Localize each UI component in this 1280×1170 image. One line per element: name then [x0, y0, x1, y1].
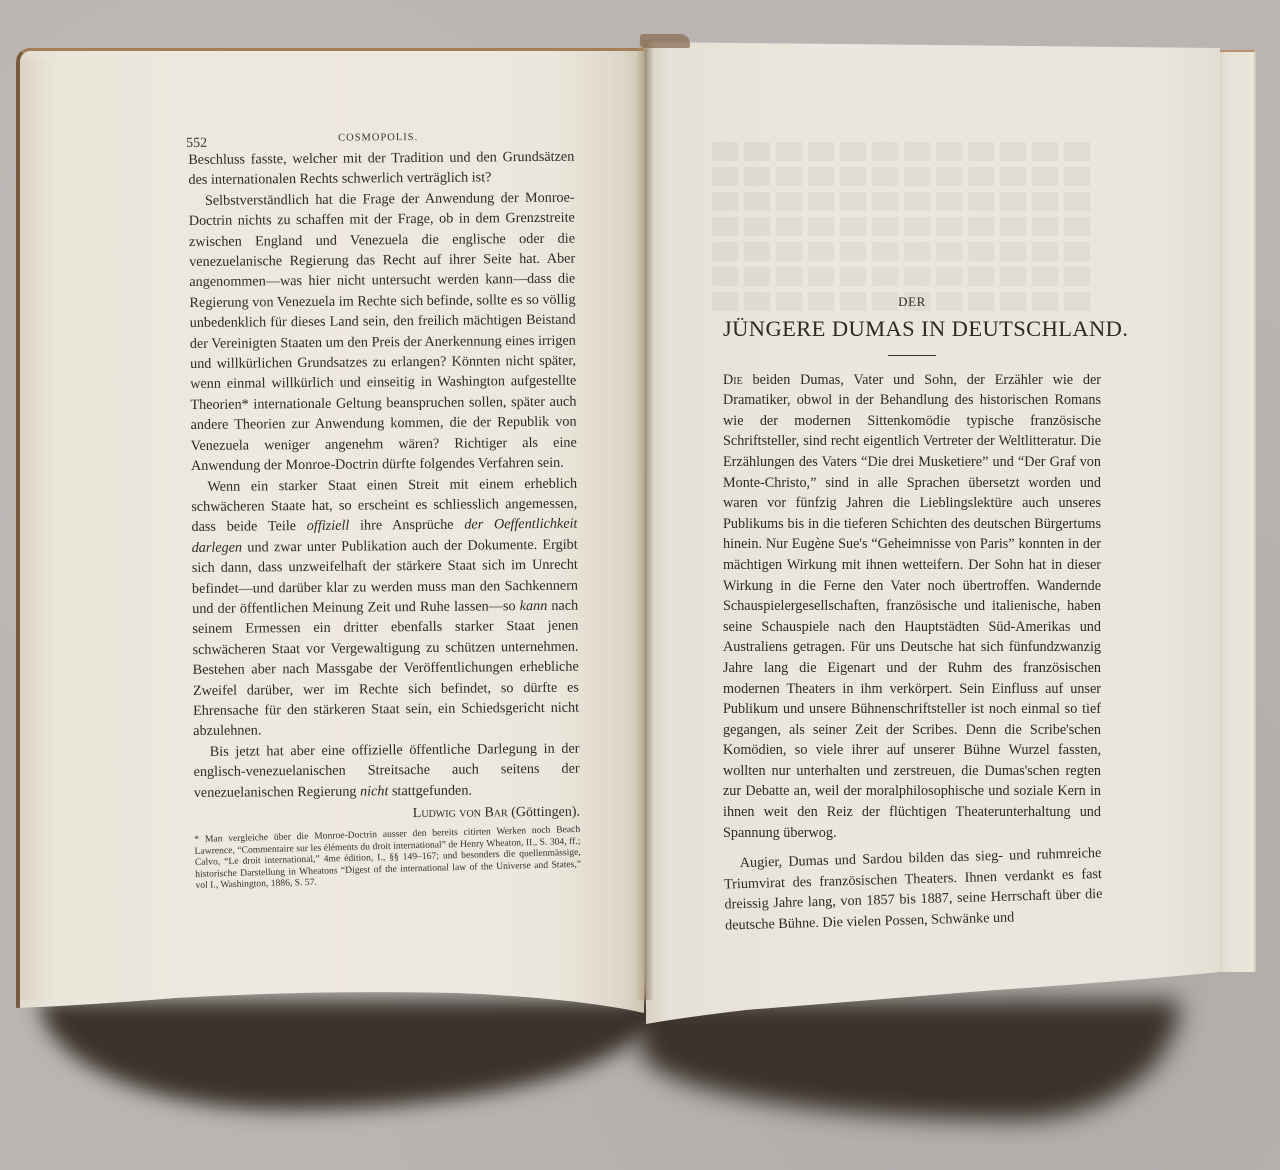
running-title: COSMOPOLIS. — [338, 128, 418, 149]
italic-run: nicht — [360, 783, 389, 799]
text-run: ihre Ansprüche — [349, 517, 464, 534]
title-rule — [888, 355, 936, 356]
running-head: 552 COSMOPOLIS. — [188, 125, 574, 150]
paragraph: Selbstverständlich hat die Frage der Anw… — [189, 187, 577, 476]
footnote: * Man vergleiche über die Monroe-Doctrin… — [194, 824, 581, 892]
book-gutter — [636, 40, 654, 1000]
paragraph: Die beiden Dumas, Vater und Sohn, der Er… — [723, 370, 1101, 844]
article-title-prefix: DER — [723, 292, 1101, 313]
text-run: stattgefunden. — [388, 782, 472, 799]
text-run: beiden Dumas, Vater und Sohn, der Erzähl… — [723, 372, 1101, 841]
paragraph: Wenn ein starker Staat einen Streit mit … — [191, 473, 579, 742]
underlying-pages-edge — [1214, 50, 1256, 972]
paragraph: Bis jetzt hat aber eine offizielle öffen… — [193, 738, 580, 803]
article-title: JÜNGERE DUMAS IN DEUTSCHLAND. — [723, 315, 1101, 343]
left-page-text: 552 COSMOPOLIS. Beschluss fasste, welche… — [188, 125, 581, 893]
paragraph: Beschluss fasste, welcher mit der Tradit… — [188, 147, 574, 191]
author-name: Ludwig von Bar — [413, 805, 508, 821]
paragraph: Augier, Dumas und Sardou bilden das sieg… — [723, 843, 1103, 936]
spine-tear — [640, 34, 690, 48]
author-place: (Göttingen). — [511, 805, 580, 821]
italic-run: offiziell — [307, 518, 350, 534]
text-run: nach seinem Ermessen ein dritter ebenfal… — [192, 598, 579, 740]
author-signature: Ludwig von Bar (Göttingen). — [194, 803, 580, 827]
right-page-text: DER JÜNGERE DUMAS IN DEUTSCHLAND. Die be… — [723, 178, 1101, 926]
italic-run: kann — [520, 598, 548, 614]
opening-word: Die — [723, 372, 743, 388]
left-page-edge-strip — [20, 60, 58, 1000]
page-number: 552 — [186, 134, 207, 155]
